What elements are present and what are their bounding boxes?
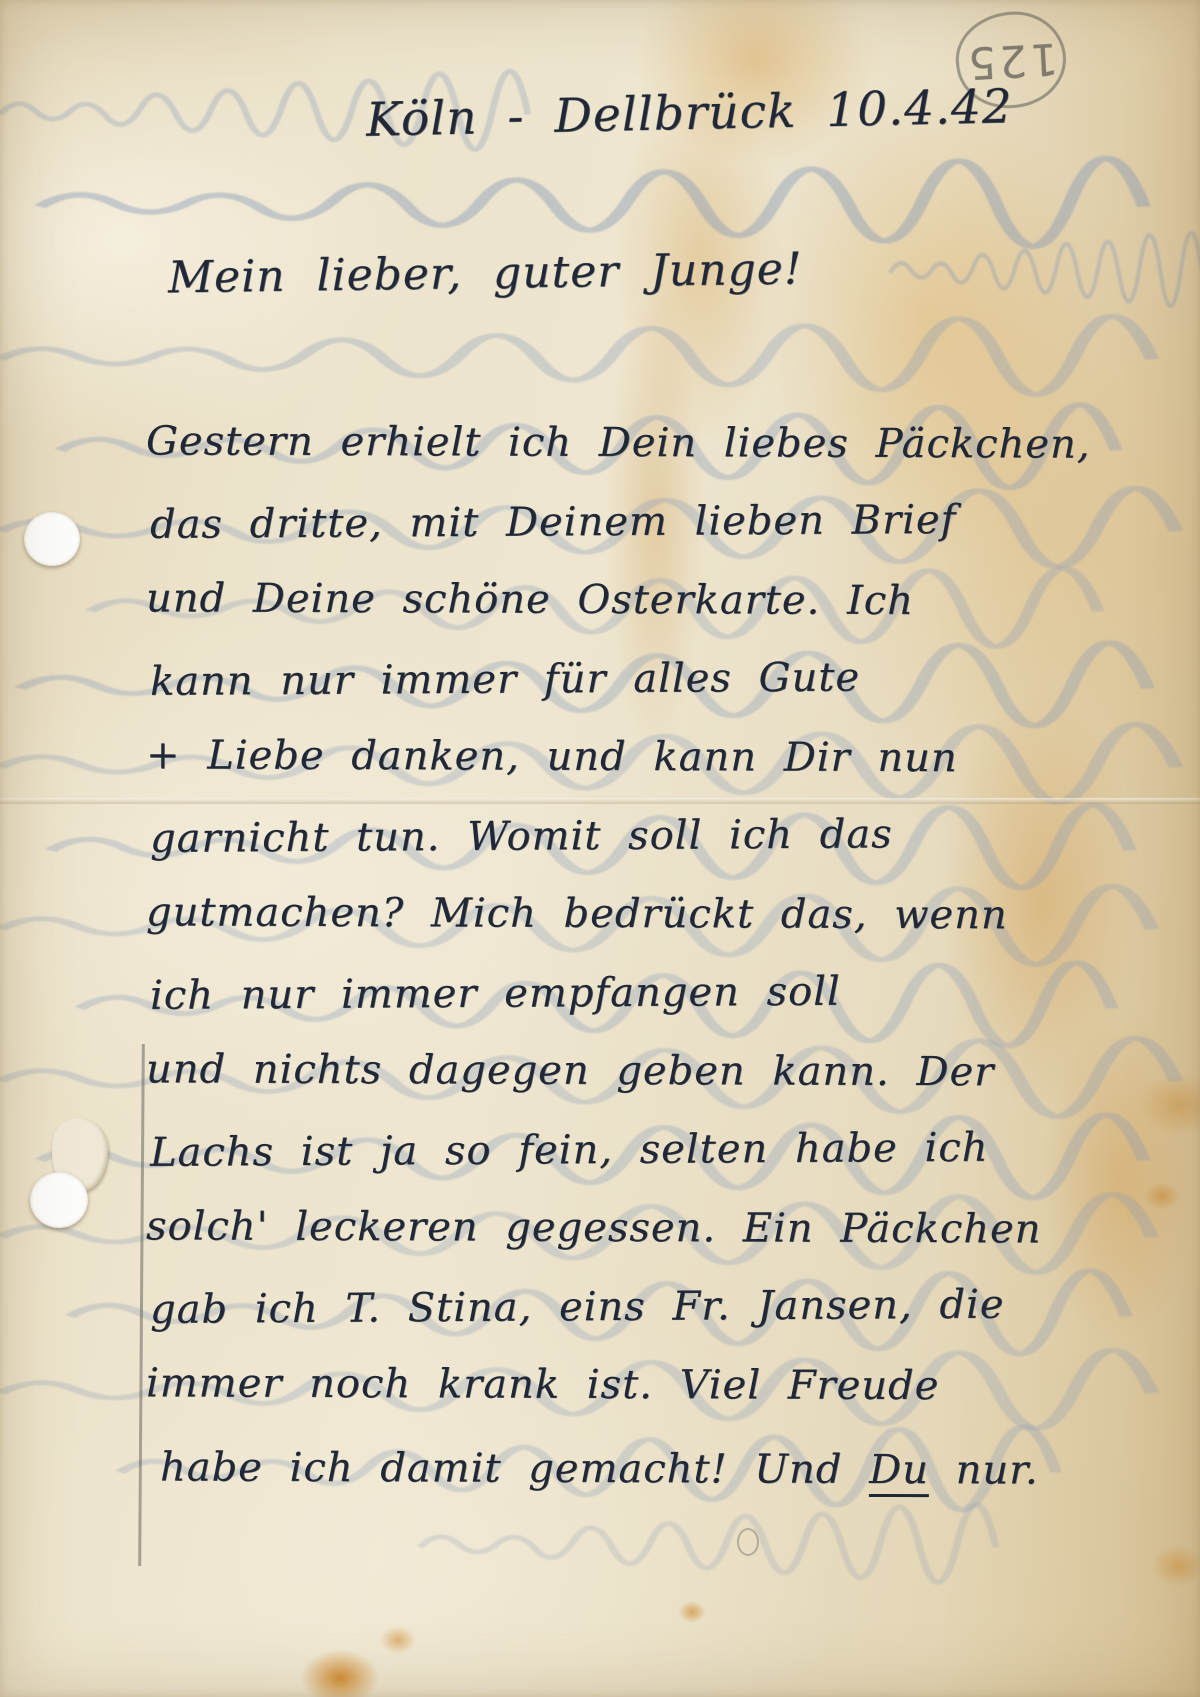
letter-line: immer noch krank ist. Viel Freude: [146, 1344, 1091, 1426]
letter-line: ich nur immer empfangen soll: [150, 951, 1095, 1035]
letter-page: 125 Köln - Dellbrück 10.4.42 Mein lieber…: [0, 0, 1200, 1697]
letter-line: kann nur immer für alles Gute: [150, 637, 1095, 721]
salutation: Mein lieber, guter Junge!: [168, 244, 803, 304]
letter-line: + Liebe danken, und kann Dir nun: [146, 716, 1091, 798]
hole-punch-bottom: [30, 1172, 88, 1228]
letter-line: Lachs ist ja so fein, selten habe ich: [150, 1108, 1095, 1192]
pencil-oval-mark: [737, 1528, 759, 1556]
last-line-underlined-word: Du: [869, 1447, 929, 1497]
letter-body: Gestern erhielt ich Dein liebes Päckchen…: [150, 404, 1094, 1425]
last-line-prefix: habe ich damit gemacht! Und: [160, 1444, 869, 1492]
letter-line: gutmachen? Mich bedrückt das, wenn: [146, 873, 1091, 955]
letter-line: solch' leckeren gegessen. Ein Päckchen: [146, 1187, 1091, 1269]
hole-punch-top: [24, 512, 80, 566]
last-line-suffix: nur.: [929, 1447, 1039, 1493]
letter-line: garnicht tun. Womit soll ich das: [150, 794, 1095, 878]
letter-line: Gestern erhielt ich Dein liebes Päckchen…: [146, 402, 1091, 484]
letter-line: und nichts dagegen geben kann. Der: [146, 1030, 1091, 1112]
letter-line: gab ich T. Stina, eins Fr. Jansen, die: [150, 1265, 1095, 1349]
letter-line: und Deine schöne Osterkarte. Ich: [146, 559, 1091, 641]
letter-last-line: habe ich damit gemacht! Und Du nur.: [150, 1430, 1039, 1509]
letter-line: das dritte, mit Deinem lieben Brief: [150, 480, 1095, 564]
